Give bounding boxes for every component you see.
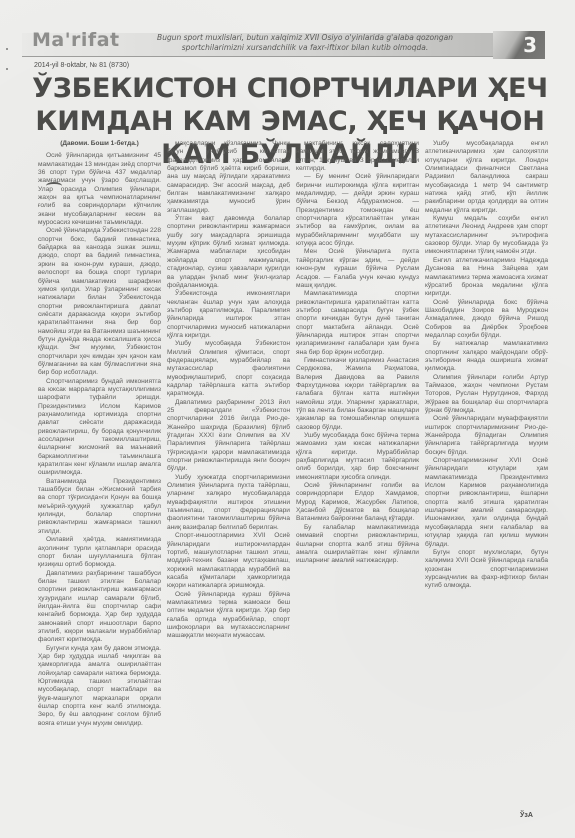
- article-signature: ЎзА: [520, 812, 533, 819]
- paragraph: — Бу менинг Осиё ўйинларидаги биринчи иш…: [296, 173, 419, 248]
- paragraph: мактабининг юксак салоҳиятини намойиш эт…: [296, 140, 419, 173]
- paragraph: Спортчиларимиз бундай имкониятга ва юкса…: [38, 378, 161, 478]
- paragraph: Ватанимизда Президентимиз ташаббуси била…: [38, 478, 161, 536]
- masthead-quote: Bugun sport muxlislari, butun xalqimiz X…: [140, 33, 470, 53]
- paragraph: Бугун спорт мухлислари, бутун халқимиз X…: [425, 549, 548, 591]
- paragraph: Осиё ўйинларида кураш бўйича мамлакатими…: [167, 591, 290, 641]
- page-number: 3: [523, 33, 537, 57]
- paragraph: Осиё ўйинларида бокс бўйича Шахобиддин З…: [425, 299, 548, 341]
- paragraph: Ушбу мусобақаларда енгил атлетикачиларим…: [425, 140, 548, 215]
- scan-dot: [6, 68, 8, 70]
- article-body-columns: (Давоми. Боши 1-бетда.) Осиё ўйинларида …: [38, 140, 548, 820]
- paragraph: Мен Осиё ўйинларига пухта тайёргарлик кў…: [296, 248, 419, 290]
- article-column-1: (Давоми. Боши 1-бетда.) Осиё ўйинларида …: [38, 140, 161, 820]
- paragraph: Давлатимиз раҳбарининг 2013 йил 25 февра…: [167, 399, 290, 474]
- paragraph: Осиё ўйинларида қитъамизнинг 45 мамлакат…: [38, 152, 161, 227]
- paragraph: Мамлакатимизда спортни ривожлантиришга қ…: [296, 290, 419, 357]
- paragraph: Ушбу мусобақада бокс бўйича терма жамоам…: [296, 432, 419, 482]
- paragraph: Ушбу мусобақада Ўзбекистон Миллий Олимпи…: [167, 340, 290, 398]
- page-number-badge: 3: [493, 31, 545, 59]
- paragraph: Осиё ўйинларида Ўзбекистондан 228 спортч…: [38, 227, 161, 377]
- paragraph: Бугунги кунда ҳам бу давом этмоқда. Ҳар …: [38, 645, 161, 728]
- paragraph: Спорт-иншоотларимиз XVII Осиё ўйинларида…: [167, 532, 290, 590]
- issue-date-number: 2014-yil 8-oktabr, № 81 (8730): [34, 62, 129, 69]
- paragraph: Гимнастикачи қизларимиз Анастасия Сердюк…: [296, 357, 419, 432]
- paragraph: Кумуш медаль соҳиби енгил атлетикачи Лео…: [425, 215, 548, 257]
- section-name: Ma'rifat: [32, 29, 120, 51]
- paragraph: Давлатимиз раҳбарининг ташаббуси билан т…: [38, 570, 161, 645]
- article-column-4: Ушбу мусобақаларда енгил атлетикачиларим…: [425, 140, 548, 820]
- newspaper-page: Ma'rifat Bugun sport muxlislari, butun x…: [0, 0, 575, 838]
- paragraph: мақсадларни кўзлаганмиз. Чунки бугун уни…: [167, 140, 290, 215]
- paragraph: Ўзбекистонда имкониятлари чекланган ёшла…: [167, 290, 290, 340]
- paragraph: Ушбу ҳужжатда спортчиларимизни Олимпия ў…: [167, 474, 290, 532]
- paragraph: Оилавий ҳаётда, жамиятимизда аҳолининг т…: [38, 536, 161, 569]
- paragraph: Олимпия ўйинлари ғолиби Артур Таймазов, …: [425, 374, 548, 416]
- article-column-3: мактабининг юксак салоҳиятини намойиш эт…: [296, 140, 419, 820]
- paragraph: Ўтган вақт давомида болалар спортини рив…: [167, 215, 290, 290]
- paragraph: Енгил атлетикачиларимиз Надежда Дусанова…: [425, 257, 548, 299]
- paragraph: Спортчиларимизнинг XVII Осиё ўйинларидаг…: [425, 457, 548, 549]
- paragraph: Осиё ўйинларининг ғолиби ва совриндорлар…: [296, 482, 419, 524]
- article-column-2: мақсадларни кўзлаганмиз. Чунки бугун уни…: [167, 140, 290, 820]
- paragraph: Бу ғалабалар мамлакатимизда оммавий спор…: [296, 524, 419, 566]
- continuation-note: (Давоми. Боши 1-бетда.): [38, 140, 161, 148]
- paragraph: Осиё ўйинларидаги муваффақиятли иштирок …: [425, 415, 548, 457]
- paragraph: Бу натижалар мамлакатимиз спортининг хал…: [425, 340, 548, 373]
- scan-dot: [6, 48, 8, 50]
